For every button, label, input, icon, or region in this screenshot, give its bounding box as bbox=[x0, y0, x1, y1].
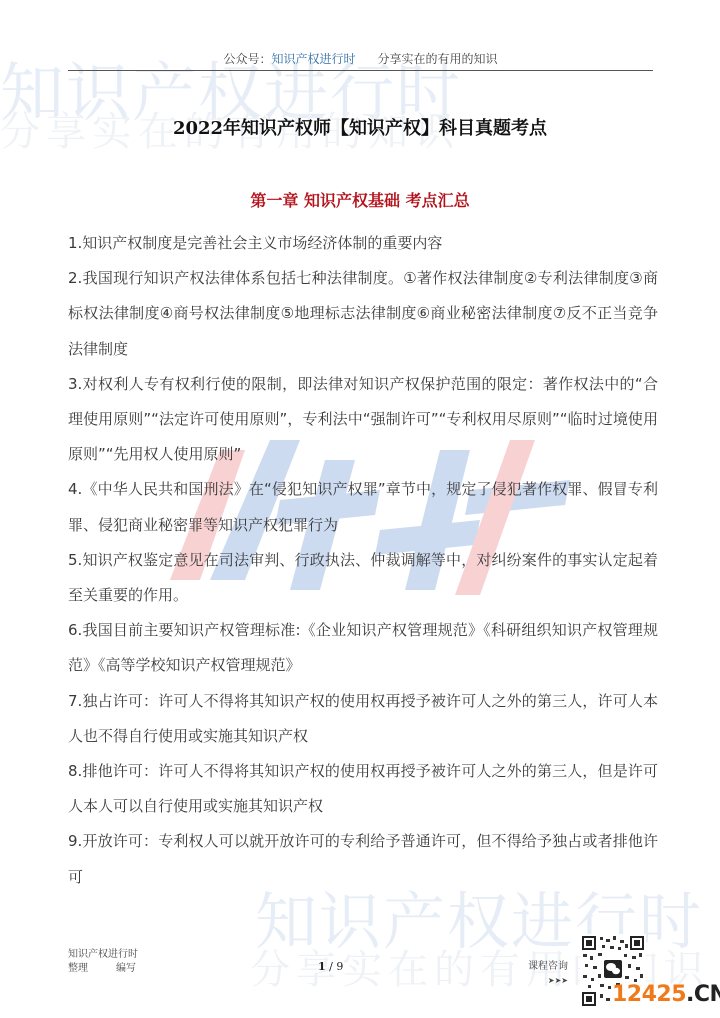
chapter-title: 第一章 知识产权基础 考点汇总 bbox=[0, 188, 720, 211]
course-consult: 课程咨询 ➤➤➤ bbox=[528, 960, 568, 988]
site-watermark-badge: 12425.CN bbox=[612, 982, 720, 1007]
page-number: 1 / 9 bbox=[318, 960, 343, 973]
consult-label: 课程咨询 bbox=[528, 960, 568, 974]
header-slogan: 分享实在的有用的知识 bbox=[378, 52, 498, 66]
consult-arrows-icon: ➤➤➤ bbox=[528, 974, 568, 988]
site-badge-number: 12425 bbox=[612, 982, 686, 1007]
paragraph-1: 1.知识产权制度是完善社会主义市场经济体制的重要内容 bbox=[68, 226, 658, 261]
paragraph-4: 4.《中华人民共和国刑法》在“侵犯知识产权罪”章节中，规定了侵犯著作权罪、假冒专… bbox=[68, 472, 658, 542]
paragraph-9: 9.开放许可：专利权人可以就开放许可的专利给予普通许可，但不得给予独占或者排他许… bbox=[68, 824, 658, 894]
header-account-name: 知识产权进行时 bbox=[271, 52, 355, 66]
document-title: 2022年知识产权师【知识产权】科目真题考点 bbox=[0, 114, 720, 140]
page-current: 1 bbox=[318, 960, 326, 973]
paragraph-7: 7.独占许可：许可人不得将其知识产权的使用权再授予被许可人之外的第三人，许可人本… bbox=[68, 684, 658, 754]
page-header: 公众号：知识产权进行时分享实在的有用的知识 bbox=[68, 50, 653, 71]
footer-credit-write: 编写 bbox=[116, 963, 136, 974]
page-total: 9 bbox=[336, 960, 343, 973]
paragraph-5: 5.知识产权鉴定意见在司法审判、行政执法、仲裁调解等中，对纠纷案件的事实认定起着… bbox=[68, 543, 658, 613]
paragraph-3: 3.对权利人专有权利行使的限制，即法律对知识产权保护范围的限定：著作权法中的“合… bbox=[68, 367, 658, 473]
header-label: 公众号： bbox=[223, 52, 271, 66]
footer-credit-name: 知识产权进行时 bbox=[68, 948, 138, 962]
site-badge-tld: .CN bbox=[686, 982, 720, 1007]
page-separator: / bbox=[326, 960, 337, 973]
document-body: 1.知识产权制度是完善社会主义市场经济体制的重要内容 2.我国现行知识产权法律体… bbox=[68, 226, 658, 895]
footer-credit: 知识产权进行时 整理编写 bbox=[68, 948, 138, 976]
footer-credit-organize: 整理 bbox=[68, 963, 88, 974]
paragraph-8: 8.排他许可：许可人不得将其知识产权的使用权再授予被许可人之外的第三人，但是许可… bbox=[68, 754, 658, 824]
paragraph-6: 6.我国目前主要知识产权管理标准:《企业知识产权管理规范》《科研组织知识产权管理… bbox=[68, 613, 658, 683]
paragraph-2: 2.我国现行知识产权法律体系包括七种法律制度。①著作权法律制度②专利法律制度③商… bbox=[68, 261, 658, 367]
